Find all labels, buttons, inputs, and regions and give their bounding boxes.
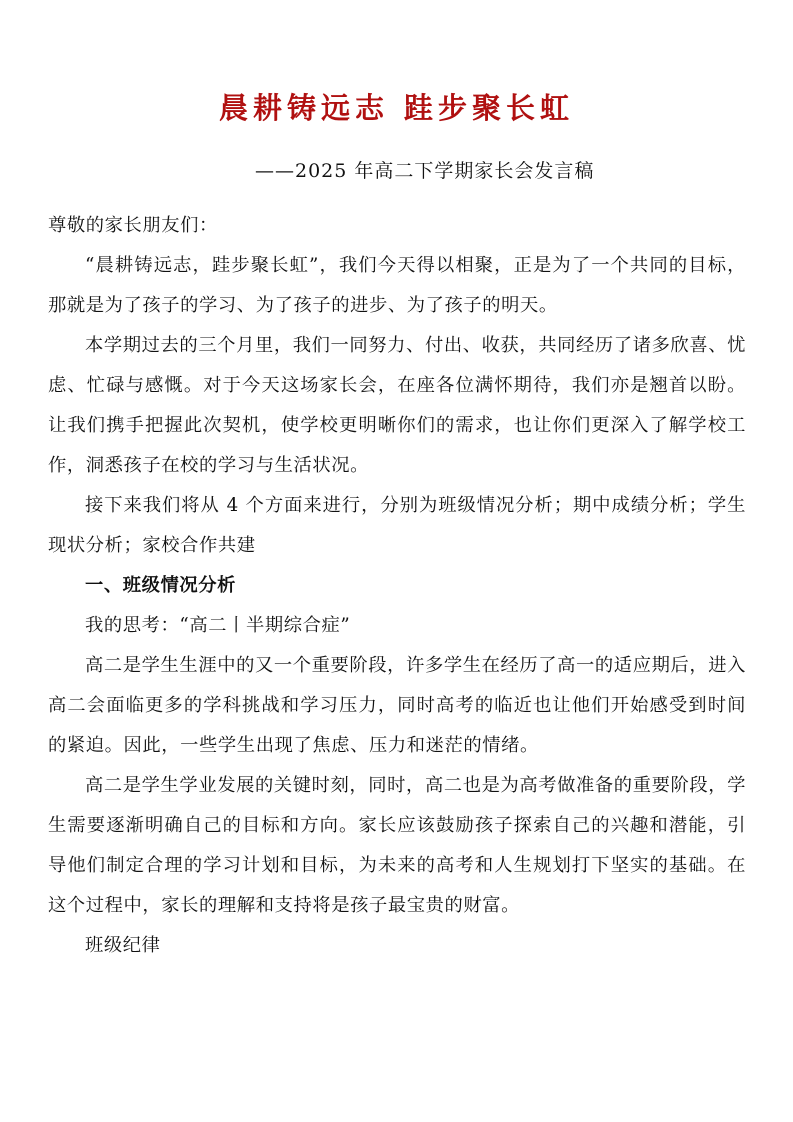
document-subtitle: ——2025 年高二下学期家长会发言稿 (255, 156, 594, 183)
paragraph-grade-two-stage: 高二是学生生涯中的又一个重要阶段，许多学生在经历了高一的适应期后，进入高二会面临… (48, 646, 746, 766)
paragraph-my-thinking: 我的思考：“高二丨半期综合症” (48, 606, 746, 646)
subheading-class-discipline: 班级纪律 (48, 926, 746, 966)
paragraph-agenda: 接下来我们将从 4 个方面来进行，分别为班级情况分析；期中成绩分析；学生现状分析… (48, 486, 746, 566)
salutation: 尊敬的家长朋友们： (48, 206, 746, 246)
paragraph-intro: “晨耕铸远志，跬步聚长虹”，我们今天得以相聚，正是为了一个共同的目标，那就是为了… (48, 246, 746, 326)
paragraph-key-moment: 高二是学生学业发展的关键时刻，同时，高二也是为高考做准备的重要阶段，学生需要逐渐… (48, 766, 746, 926)
document-body: 尊敬的家长朋友们： “晨耕铸远志，跬步聚长虹”，我们今天得以相聚，正是为了一个共… (48, 206, 746, 966)
section-heading-class-analysis: 一、班级情况分析 (48, 566, 746, 606)
document-title: 晨耕铸远志 跬步聚长虹 (0, 86, 793, 127)
paragraph-semester: 本学期过去的三个月里，我们一同努力、付出、收获，共同经历了诸多欣喜、忧虑、忙碌与… (48, 326, 746, 486)
